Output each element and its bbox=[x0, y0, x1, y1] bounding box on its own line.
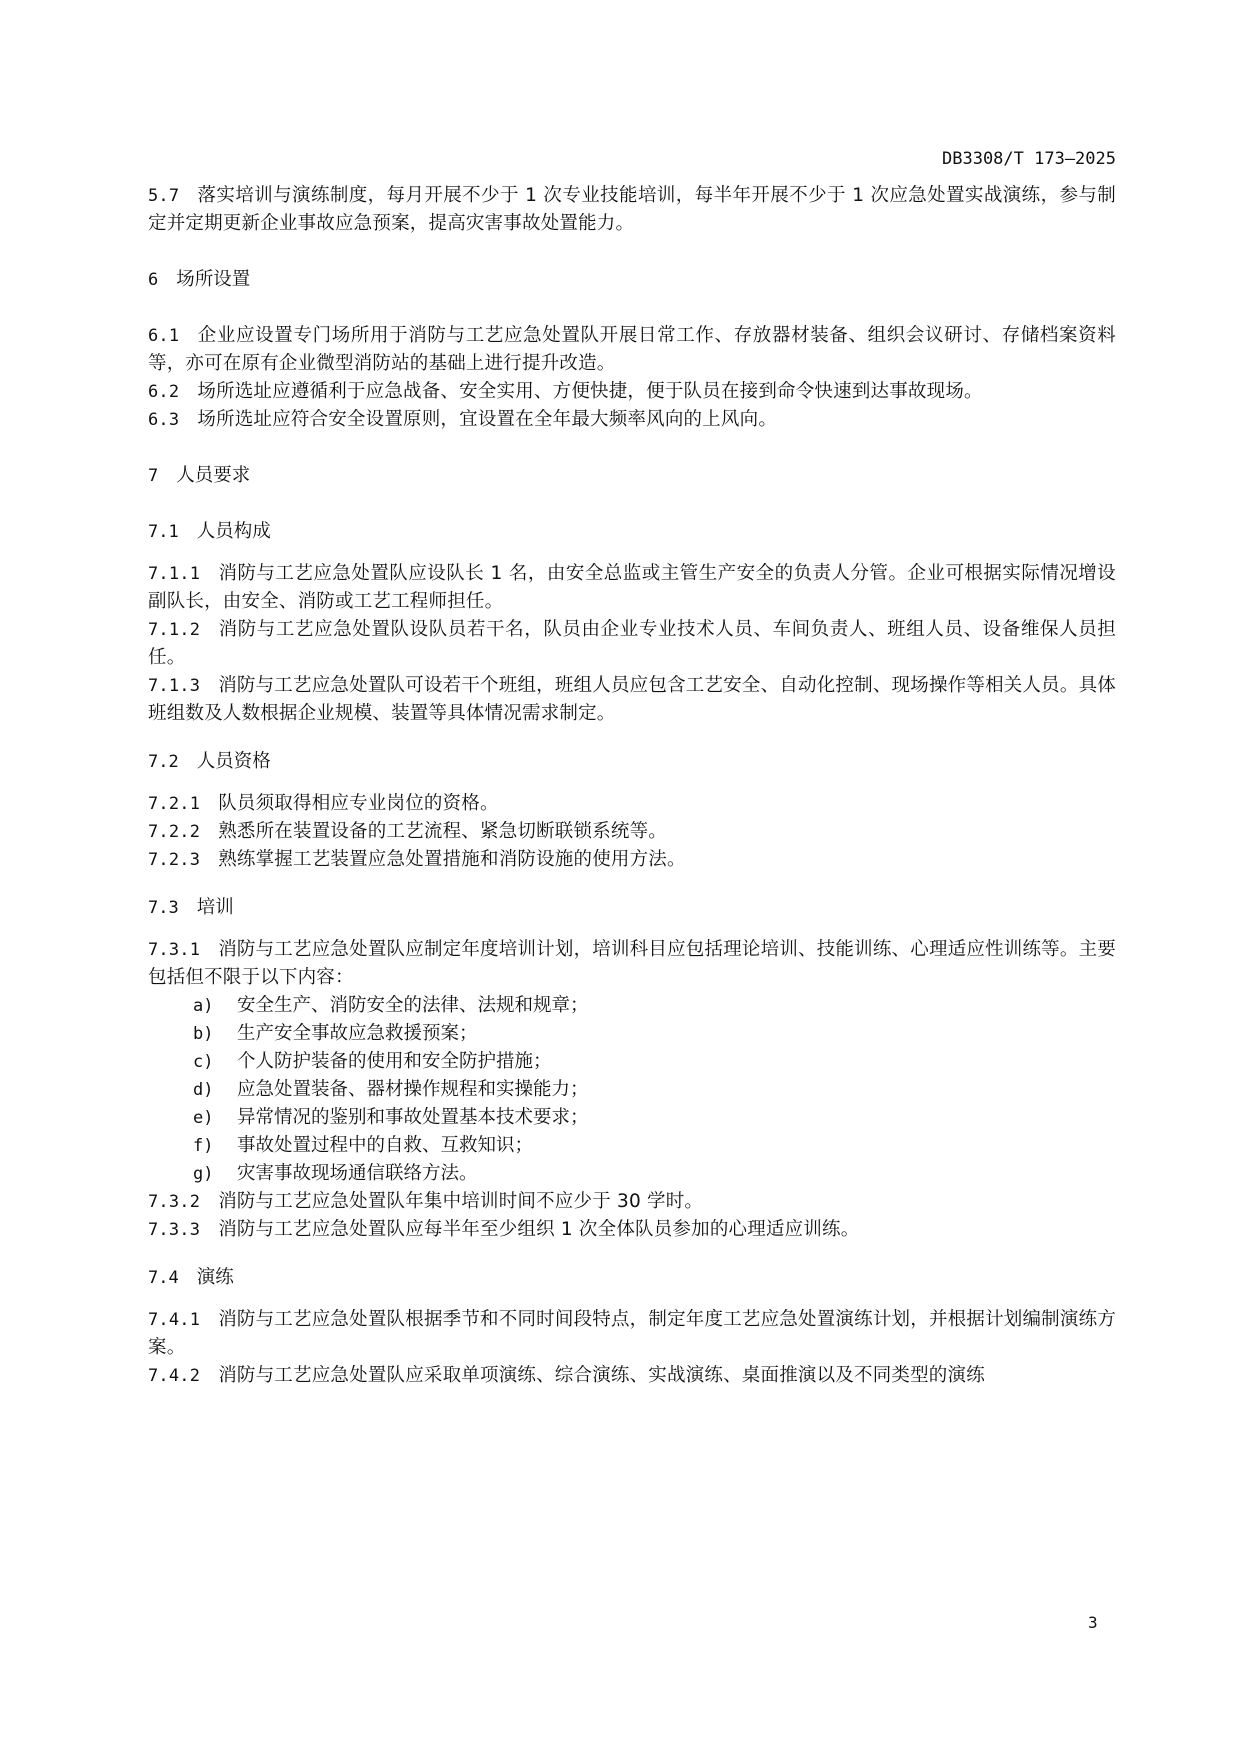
list-item: e)异常情况的鉴别和事故处置基本技术要求； bbox=[148, 1104, 1116, 1132]
list-item: f)事故处置过程中的自救、互救知识； bbox=[148, 1132, 1116, 1160]
clause-7-3-2: 7.3.2消防与工艺应急处置队年集中培训时间不应少于 30 学时。 bbox=[148, 1188, 1116, 1216]
clause-7-3-1: 7.3.1消防与工艺应急处置队应制定年度培训计划，培训科目应包括理论培训、技能训… bbox=[148, 936, 1116, 992]
heading-7-1: 7.1人员构成 bbox=[148, 518, 1116, 546]
clause-7-2-1: 7.2.1队员须取得相应专业岗位的资格。 bbox=[148, 790, 1116, 818]
heading-7-3: 7.3培训 bbox=[148, 894, 1116, 922]
training-content-list: a)安全生产、消防安全的法律、法规和规章； b)生产安全事故应急救援预案； c)… bbox=[148, 992, 1116, 1188]
document-body: 5.7落实培训与演练制度，每月开展不少于 1 次专业技能培训，每半年开展不少于 … bbox=[148, 182, 1116, 1390]
clause-7-3-3: 7.3.3消防与工艺应急处置队应每半年至少组织 1 次全体队员参加的心理适应训练… bbox=[148, 1216, 1116, 1244]
heading-7-2: 7.2人员资格 bbox=[148, 748, 1116, 776]
heading-6: 6场所设置 bbox=[148, 266, 1116, 294]
clause-7-1-2: 7.1.2消防与工艺应急处置队设队员若干名，队员由企业专业技术人员、车间负责人、… bbox=[148, 616, 1116, 672]
list-item: b)生产安全事故应急救援预案； bbox=[148, 1020, 1116, 1048]
list-item: c)个人防护装备的使用和安全防护措施； bbox=[148, 1048, 1116, 1076]
list-item: g)灾害事故现场通信联络方法。 bbox=[148, 1160, 1116, 1188]
clause-6-2: 6.2场所选址应遵循利于应急战备、安全实用、方便快捷，便于队员在接到命令快速到达… bbox=[148, 378, 1116, 406]
page-number: 3 bbox=[1088, 1613, 1098, 1632]
clause-7-2-2: 7.2.2熟悉所在装置设备的工艺流程、紧急切断联锁系统等。 bbox=[148, 818, 1116, 846]
list-item: a)安全生产、消防安全的法律、法规和规章； bbox=[148, 992, 1116, 1020]
document-page: DB3308/T 173—2025 5.7落实培训与演练制度，每月开展不少于 1… bbox=[0, 0, 1241, 1755]
document-code: DB3308/T 173—2025 bbox=[942, 149, 1116, 169]
clause-7-2-3: 7.2.3熟练掌握工艺装置应急处置措施和消防设施的使用方法。 bbox=[148, 846, 1116, 874]
clause-7-4-1: 7.4.1消防与工艺应急处置队根据季节和不同时间段特点，制定年度工艺应急处置演练… bbox=[148, 1306, 1116, 1362]
clause-7-4-2: 7.4.2消防与工艺应急处置队应采取单项演练、综合演练、实战演练、桌面推演以及不… bbox=[148, 1362, 1116, 1390]
clause-7-1-3: 7.1.3消防与工艺应急处置队可设若干个班组，班组人员应包含工艺安全、自动化控制… bbox=[148, 672, 1116, 728]
clause-6-1: 6.1企业应设置专门场所用于消防与工艺应急处置队开展日常工作、存放器材装备、组织… bbox=[148, 322, 1116, 378]
clause-7-1-1: 7.1.1消防与工艺应急处置队应设队长 1 名，由安全总监或主管生产安全的负责人… bbox=[148, 560, 1116, 616]
list-item: d)应急处置装备、器材操作规程和实操能力； bbox=[148, 1076, 1116, 1104]
heading-7-4: 7.4演练 bbox=[148, 1264, 1116, 1292]
clause-6-3: 6.3场所选址应符合安全设置原则，宜设置在全年最大频率风向的上风向。 bbox=[148, 406, 1116, 434]
clause-5-7: 5.7落实培训与演练制度，每月开展不少于 1 次专业技能培训，每半年开展不少于 … bbox=[148, 182, 1116, 238]
heading-7: 7人员要求 bbox=[148, 462, 1116, 490]
